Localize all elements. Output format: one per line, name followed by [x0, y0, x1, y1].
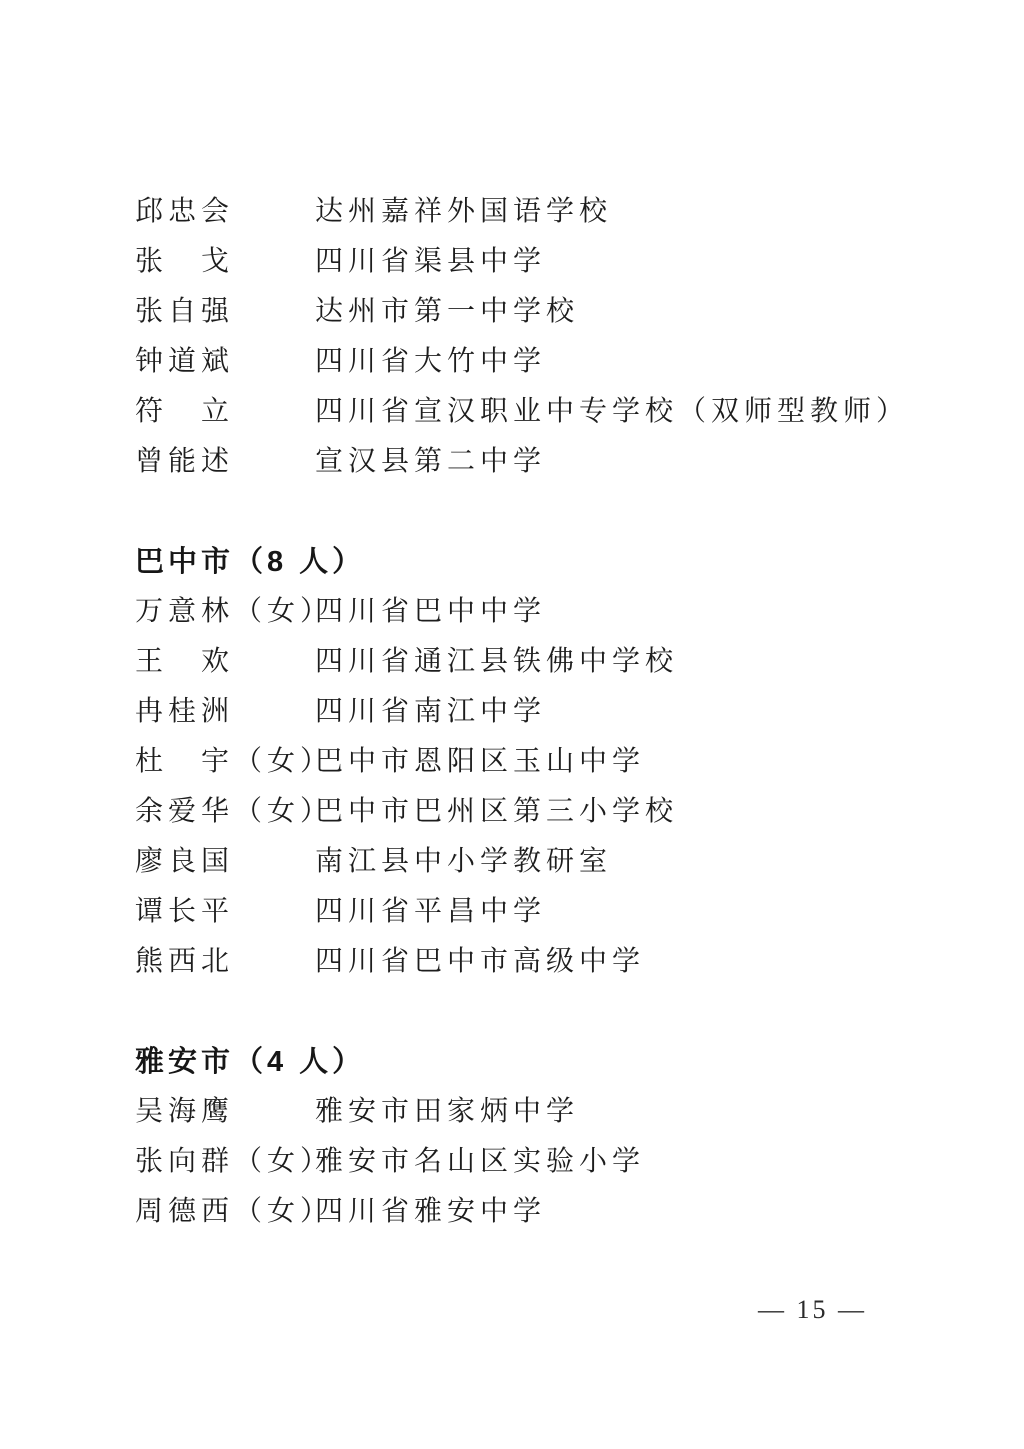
person-name: 万意林（女）: [135, 587, 315, 637]
school-name: 达州嘉祥外国语学校: [315, 187, 612, 237]
person-name: 曾能述: [135, 437, 315, 487]
school-name: 四川省南江中学: [315, 687, 546, 737]
person-row: 吴海鹰 雅安市田家炳中学: [135, 1087, 1024, 1137]
person-name: 杜 宇（女）: [135, 737, 315, 787]
person-name: 吴海鹰: [135, 1087, 315, 1137]
person-row: 余爱华（女） 巴中市巴州区第三小学校: [135, 787, 1024, 837]
school-name: 四川省渠县中学: [315, 237, 546, 287]
school-name: 南江县中小学教研室: [315, 837, 612, 887]
person-row: 王 欢 四川省通江县铁佛中学校: [135, 637, 1024, 687]
school-name: 四川省巴中市高级中学: [315, 937, 645, 987]
person-row: 周德西（女） 四川省雅安中学: [135, 1187, 1024, 1237]
person-row: 张 戈 四川省渠县中学: [135, 237, 1024, 287]
person-row: 张自强 达州市第一中学校: [135, 287, 1024, 337]
section-continuation: 邱忠会 达州嘉祥外国语学校 张 戈 四川省渠县中学 张自强 达州市第一中学校 钟…: [135, 187, 1024, 487]
school-name: 达州市第一中学校: [315, 287, 579, 337]
person-name: 谭长平: [135, 887, 315, 937]
person-row: 杜 宇（女） 巴中市恩阳区玉山中学: [135, 737, 1024, 787]
person-row: 谭长平 四川省平昌中学: [135, 887, 1024, 937]
person-row: 廖良国 南江县中小学教研室: [135, 837, 1024, 887]
document-page: 邱忠会 达州嘉祥外国语学校 张 戈 四川省渠县中学 张自强 达州市第一中学校 钟…: [0, 0, 1024, 1449]
page-number: — 15 —: [758, 1290, 867, 1330]
person-name: 张自强: [135, 287, 315, 337]
person-row: 万意林（女） 四川省巴中中学: [135, 587, 1024, 637]
person-row: 冉桂洲 四川省南江中学: [135, 687, 1024, 737]
person-row: 张向群（女） 雅安市名山区实验小学: [135, 1137, 1024, 1187]
person-row: 曾能述 宣汉县第二中学: [135, 437, 1024, 487]
person-row: 钟道斌 四川省大竹中学: [135, 337, 1024, 387]
school-name: 巴中市巴州区第三小学校: [315, 787, 678, 837]
school-name: 雅安市名山区实验小学: [315, 1137, 645, 1187]
school-name: 四川省巴中中学: [315, 587, 546, 637]
section-bazhong: 巴中市（8 人） 万意林（女） 四川省巴中中学 王 欢 四川省通江县铁佛中学校 …: [135, 537, 1024, 987]
person-name: 廖良国: [135, 837, 315, 887]
person-name: 张 戈: [135, 237, 315, 287]
person-name: 王 欢: [135, 637, 315, 687]
section-yaan: 雅安市（4 人） 吴海鹰 雅安市田家炳中学 张向群（女） 雅安市名山区实验小学 …: [135, 1037, 1024, 1237]
school-name: 四川省通江县铁佛中学校: [315, 637, 678, 687]
school-name: 雅安市田家炳中学: [315, 1087, 579, 1137]
section-header-label: 雅安市（4 人）: [135, 1037, 365, 1087]
section-header: 雅安市（4 人）: [135, 1037, 1024, 1087]
section-header-label: 巴中市（8 人）: [135, 537, 365, 587]
school-name: 四川省雅安中学: [315, 1187, 546, 1237]
person-name: 张向群（女）: [135, 1137, 315, 1187]
person-name: 符 立: [135, 387, 315, 437]
person-name: 周德西（女）: [135, 1187, 315, 1237]
person-name: 余爱华（女）: [135, 787, 315, 837]
school-name: 四川省平昌中学: [315, 887, 546, 937]
person-name: 熊西北: [135, 937, 315, 987]
school-name: 四川省大竹中学: [315, 337, 546, 387]
school-name: 巴中市恩阳区玉山中学: [315, 737, 645, 787]
section-header: 巴中市（8 人）: [135, 537, 1024, 587]
person-name: 邱忠会: [135, 187, 315, 237]
person-row: 熊西北 四川省巴中市高级中学: [135, 937, 1024, 987]
school-name: 四川省宣汉职业中专学校（双师型教师）: [315, 387, 909, 437]
person-row: 符 立 四川省宣汉职业中专学校（双师型教师）: [135, 387, 1024, 437]
person-name: 冉桂洲: [135, 687, 315, 737]
school-name: 宣汉县第二中学: [315, 437, 546, 487]
person-row: 邱忠会 达州嘉祥外国语学校: [135, 187, 1024, 237]
document-content: 邱忠会 达州嘉祥外国语学校 张 戈 四川省渠县中学 张自强 达州市第一中学校 钟…: [0, 0, 1024, 1237]
person-name: 钟道斌: [135, 337, 315, 387]
